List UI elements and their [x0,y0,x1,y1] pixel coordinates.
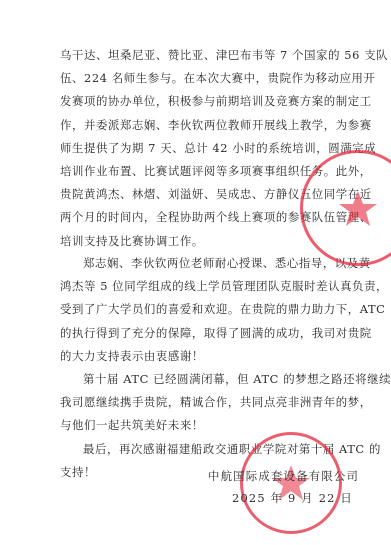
text-line: 培训作业布置、比赛试题评阅等多项赛事组织任务。此外， [60,160,336,183]
text-line: 两个月的时间内，全程协助两个线上赛项的参赛队伍管理、 [60,206,336,229]
text-line: 贵院黄鸿杰、林熠、刘溢妍、吴成忠、方静仪五位同学在近 [60,183,336,206]
text-line: 作，并委派郑志娴、李伙钦两位教师开展线上教学，为参赛 [60,114,336,137]
text-line: 的执行得到了充分的保障，取得了圆满的成功，我司对贵院 [60,322,336,345]
letter-page: 乌干达、坦桑尼亚、赞比亚、津巴布韦等 7 个国家的 56 支队 伍、224 名师… [0,0,391,545]
text-line: 受到了广大学员们的喜爱和欢迎。在贵院的鼎力助力下，ATC [60,298,336,321]
text-line: 乌干达、坦桑尼亚、赞比亚、津巴布韦等 7 个国家的 56 支队 [60,44,336,67]
paragraph-2: 郑志娴、李伙钦两位老师耐心授课、悉心指导，以及黄 鸿杰等 5 位同学组成的线上学… [60,252,336,368]
star-icon [303,153,391,263]
paragraph-1: 乌干达、坦桑尼亚、赞比亚、津巴布韦等 7 个国家的 56 支队 伍、224 名师… [60,44,336,253]
text-line: 鸿杰等 5 位同学组成的线上学员管理团队克服时差认真负责， [60,275,336,298]
text-line: 伍、224 名师生参与。在本次大赛中，贵院作为移动应用开 [60,67,336,90]
text-line: 我司愿继续携手贵院，精诚合作，共同点亮非洲青年的梦， [60,391,336,414]
company-seal-partial [300,150,391,266]
text-line: 郑志娴、李伙钦两位老师耐心授课、悉心指导，以及黄 [60,252,336,275]
signature-company: 中航国际成套设备有限公司 [208,468,359,484]
text-line: 第十届 ATC 已经圆满闭幕，但 ATC 的梦想之路还将继续。 [60,368,336,391]
text-line: 师生提供了为期 7 天、总计 42 小时的系统培训，圆满完成 [60,137,336,160]
text-line: 的大力支持表示由衷感谢！ [60,345,336,368]
text-line: 培训支持及比赛协调工作。 [60,230,336,253]
paragraph-3: 第十届 ATC 已经圆满闭幕，但 ATC 的梦想之路还将继续。 我司愿继续携手贵… [60,368,336,438]
signature-date: 2025 年 9 月 22 日 [232,490,353,506]
text-line: 发赛项的协办单位，积极参与前期培训及竞赛方案的制定工 [60,90,336,113]
